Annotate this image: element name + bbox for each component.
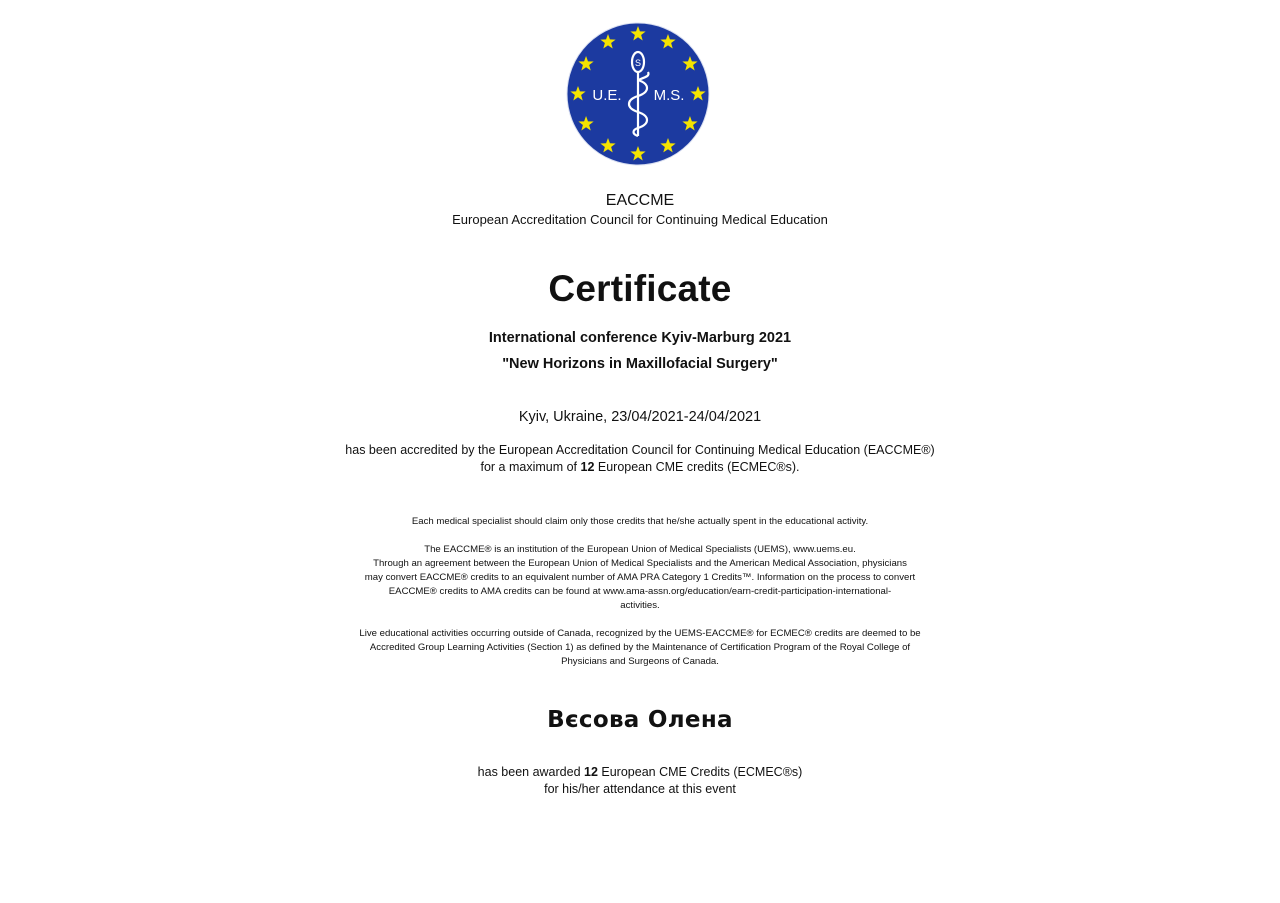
uems-info-line: may convert EACCME® credits to an equiva…: [330, 571, 950, 585]
logo-text-left: U.E.: [592, 87, 621, 104]
awarded-line-1: has been awarded 12 European CME Credits…: [0, 764, 1280, 781]
awarded-credits: 12: [584, 765, 598, 779]
accreditation-line-2: for a maximum of 12 European CME credits…: [0, 459, 1280, 476]
uems-info-line: activities.: [330, 599, 950, 613]
uems-info-line: EACCME® credits to AMA credits can be fo…: [330, 585, 950, 599]
awarded-line-2: for his/her attendance at this event: [0, 781, 1280, 798]
uems-info-line: The EACCME® is an institution of the Eur…: [330, 543, 950, 557]
org-full-name: European Accreditation Council for Conti…: [0, 211, 1280, 229]
logo-text-right: M.S.: [654, 87, 685, 104]
conference-name: International conference Kyiv-Marburg 20…: [0, 328, 1280, 348]
uems-info: The EACCME® is an institution of the Eur…: [330, 543, 950, 613]
canada-info-line: Live educational activities occurring ou…: [330, 627, 950, 641]
org-acronym: EACCME: [0, 191, 1280, 211]
conference-subtitle: "New Horizons in Maxillofacial Surgery": [0, 354, 1280, 374]
awarded-statement: has been awarded 12 European CME Credits…: [0, 764, 1280, 798]
canada-info: Live educational activities occurring ou…: [330, 627, 950, 669]
location-dates: Kyiv, Ukraine, 23/04/2021-24/04/2021: [0, 407, 1280, 427]
canada-info-line: Accredited Group Learning Activities (Se…: [330, 641, 950, 655]
uems-info-line: Through an agreement between the Europea…: [330, 557, 950, 571]
certificate-title: Certificate: [0, 266, 1280, 312]
accreditation-statement: has been accredited by the European Accr…: [0, 442, 1280, 476]
canada-info-line: Physicians and Surgeons of Canada.: [330, 655, 950, 669]
max-credits: 12: [581, 460, 595, 474]
accreditation-line-1: has been accredited by the European Accr…: [0, 442, 1280, 459]
recipient-name: Вєсова Олена: [0, 705, 1280, 735]
certificate-page: S U.E. M.S. EACCME European Accreditatio…: [0, 0, 1280, 903]
uems-logo-icon: S U.E. M.S.: [566, 22, 710, 166]
claim-note: Each medical specialist should claim onl…: [0, 515, 1280, 529]
svg-text:S: S: [635, 58, 641, 68]
